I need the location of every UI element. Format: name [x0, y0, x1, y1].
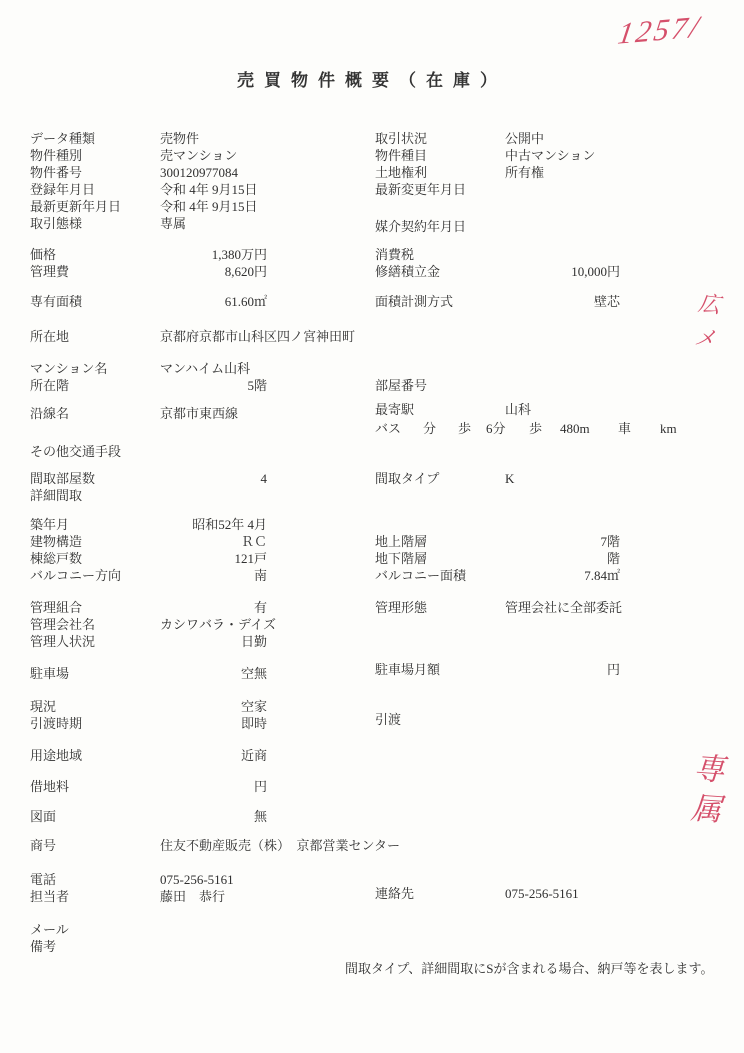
field-label: 商号 [30, 838, 160, 854]
field-label: 取引態様 [30, 216, 160, 232]
field-label: メール [30, 922, 160, 938]
field-label: 管理形態 [375, 600, 505, 616]
field-value: 京都市東西線 [160, 406, 238, 422]
field-label: 地下階層 [375, 551, 505, 567]
row-zoning: 用途地域近商 [30, 748, 267, 764]
walk2-value: 480m [560, 421, 590, 437]
field-value: 売物件 [160, 131, 199, 147]
field-value: カシワバラ・デイズ [160, 617, 276, 633]
row-balcony-area: バルコニー面積7.84㎡ [375, 568, 620, 584]
field-label: 物件番号 [30, 165, 160, 181]
field-value: 円 [160, 779, 267, 795]
field-label: 専有面積 [30, 294, 160, 310]
row-price: 価格1,380万円 [30, 247, 267, 263]
field-label: その他交通手段 [30, 444, 160, 460]
bus-label: バス [375, 421, 401, 437]
field-label: 電話 [30, 872, 160, 888]
field-value: 5階 [160, 378, 267, 394]
field-value: 日勤 [160, 634, 267, 650]
row-structure: 建物構造ＲＣ [30, 534, 267, 550]
field-value: 南 [160, 568, 267, 584]
field-label: 現況 [30, 699, 160, 715]
field-value: 管理会社に全部委託 [505, 600, 622, 616]
row-nearest-station: 最寄駅山科 [375, 402, 531, 418]
field-label: 取引状況 [375, 131, 505, 147]
field-value: 7階 [505, 534, 620, 550]
row-registration-date: 登録年月日令和 4年 9月15日 [30, 182, 258, 198]
field-label: 築年月 [30, 517, 160, 533]
field-label: 連絡先 [375, 886, 505, 902]
page-title: 売買物件概要（在庫） [0, 66, 744, 91]
document-page: 1257/ 売買物件概要（在庫） データ種類売物件 物件種別売マンション 物件番… [0, 0, 744, 1053]
row-floors-above: 地上階層7階 [375, 534, 620, 550]
field-value: ＲＣ [160, 534, 267, 550]
footer-note: 間取タイプ、詳細間取にSが含まれる場合、納戸等を表します。 [345, 958, 714, 977]
field-value: 階 [505, 551, 620, 567]
car-label: 車 [618, 421, 631, 437]
row-management-assoc: 管理組合有 [30, 600, 267, 616]
row-building-name: マンション名マンハイム山科 [30, 361, 250, 377]
row-balcony-direction: バルコニー方向南 [30, 568, 267, 584]
field-value: 専属 [160, 216, 186, 232]
handwritten-note-middle: 広メ [686, 290, 725, 361]
field-label: 管理会社名 [30, 617, 160, 633]
field-label: 駐車場月額 [375, 662, 505, 678]
row-room-number: 部屋番号 [375, 378, 505, 394]
row-phone: 電話075-256-5161 [30, 872, 234, 888]
field-value: 7.84㎡ [505, 568, 620, 584]
row-mediation-contract-date: 媒介契約年月日 [375, 219, 505, 235]
row-other-transport: その他交通手段 [30, 444, 160, 460]
field-value: 1,380万円 [160, 247, 267, 263]
field-label: 物件種別 [30, 148, 160, 164]
car-unit: km [660, 421, 677, 437]
field-label: バルコニー面積 [375, 568, 505, 584]
field-value: 円 [505, 662, 620, 678]
field-label: マンション名 [30, 361, 160, 377]
row-station-access: バス 分 歩 6分 歩 480m 車 km [0, 421, 744, 437]
field-label: 面積計測方式 [375, 294, 505, 310]
field-label: 図面 [30, 809, 160, 825]
field-value: 075-256-5161 [505, 886, 579, 902]
row-floors-below: 地下階層階 [375, 551, 620, 567]
field-value: 4 [160, 471, 267, 487]
field-value: 8,620円 [160, 264, 267, 280]
row-last-change-date: 最新変更年月日 [375, 182, 505, 198]
field-value: 075-256-5161 [160, 872, 234, 888]
field-value: 有 [160, 600, 267, 616]
field-label: 管理費 [30, 264, 160, 280]
row-land-rent: 借地料円 [30, 779, 267, 795]
row-company-name: 商号住友不動産販売（株） 京都営業センター [30, 838, 400, 854]
field-label: 間取タイプ [375, 471, 505, 487]
field-label: 詳細間取 [30, 488, 160, 504]
field-label: バルコニー方向 [30, 568, 160, 584]
field-label: 所在階 [30, 378, 160, 394]
row-data-type: データ種類売物件 [30, 131, 199, 147]
row-current-status: 現況空家 [30, 699, 267, 715]
field-label: データ種類 [30, 131, 160, 147]
field-value: 61.60㎡ [160, 294, 267, 310]
row-rail-line: 沿線名京都市東西線 [30, 406, 238, 422]
row-email: メール [30, 922, 160, 938]
field-value: 空家 [160, 699, 267, 715]
row-remarks: 備考 [30, 939, 160, 955]
field-label: 登録年月日 [30, 182, 160, 198]
field-value: 近商 [160, 748, 267, 764]
walk1-label: 歩 [458, 421, 471, 437]
row-manager-status: 管理人状況日勤 [30, 634, 267, 650]
field-label: 部屋番号 [375, 378, 505, 394]
field-value: 10,000円 [505, 264, 620, 280]
field-label: 引渡時期 [30, 716, 160, 732]
row-total-units: 棟総戸数121戸 [30, 551, 267, 567]
row-area-measurement: 面積計測方式壁芯 [375, 294, 620, 310]
field-label: 価格 [30, 247, 160, 263]
field-label: 担当者 [30, 889, 160, 905]
row-management-fee: 管理費8,620円 [30, 264, 267, 280]
field-value: K [505, 471, 514, 487]
field-label: 所在地 [30, 329, 160, 345]
row-consumption-tax: 消費税 [375, 247, 620, 263]
field-label: 土地権利 [375, 165, 505, 181]
row-land-rights: 土地権利所有権 [375, 165, 544, 181]
field-label: 地上階層 [375, 534, 505, 550]
row-handover: 引渡 [375, 712, 505, 728]
field-label: 用途地域 [30, 748, 160, 764]
row-repair-reserve: 修繕積立金10,000円 [375, 264, 620, 280]
field-value: 公開中 [505, 131, 544, 147]
field-label: 間取部屋数 [30, 471, 160, 487]
row-layout-detail: 詳細間取 [30, 488, 160, 504]
row-drawing: 図面無 [30, 809, 267, 825]
bus-minutes: 分 [423, 421, 436, 437]
field-label: 最寄駅 [375, 402, 505, 418]
row-parking: 駐車場空無 [30, 666, 267, 682]
field-value: 京都府京都市山科区四ノ宮神田町 [160, 329, 355, 345]
field-value: 中古マンション [505, 148, 595, 164]
field-label: 備考 [30, 939, 160, 955]
field-label: 管理組合 [30, 600, 160, 616]
field-label: 引渡 [375, 712, 505, 728]
field-label: 駐車場 [30, 666, 160, 682]
row-property-type: 物件種目中古マンション [375, 148, 595, 164]
row-property-category: 物件種別売マンション [30, 148, 237, 164]
field-value: 昭和52年 4月 [160, 517, 267, 533]
row-management-form: 管理形態管理会社に全部委託 [375, 600, 622, 616]
row-parking-monthly: 駐車場月額円 [375, 662, 620, 678]
row-location: 所在地京都府京都市山科区四ノ宮神田町 [30, 329, 355, 345]
row-built-date: 築年月昭和52年 4月 [30, 517, 267, 533]
field-label: 借地料 [30, 779, 160, 795]
field-value: 121戸 [160, 551, 267, 567]
handwritten-page-number: 1257/ [615, 10, 704, 52]
row-last-update-date: 最新更新年月日令和 4年 9月15日 [30, 199, 258, 215]
field-value: 令和 4年 9月15日 [160, 199, 258, 215]
field-label: 最新更新年月日 [30, 199, 160, 215]
row-layout-type: 間取タイプK [375, 471, 514, 487]
field-label: 最新変更年月日 [375, 182, 505, 198]
field-value: マンハイム山科 [160, 361, 250, 377]
field-label: 棟総戸数 [30, 551, 160, 567]
field-value: 即時 [160, 716, 267, 732]
field-label: 物件種目 [375, 148, 505, 164]
field-value: 藤田 恭行 [160, 889, 225, 905]
field-label: 消費税 [375, 247, 505, 263]
row-floor-located: 所在階5階 [30, 378, 267, 394]
field-label: 管理人状況 [30, 634, 160, 650]
field-value: 所有権 [505, 165, 544, 181]
field-value: 山科 [505, 402, 531, 418]
field-label: 沿線名 [30, 406, 160, 422]
field-label: 建物構造 [30, 534, 160, 550]
handwritten-note-bottom: 専属 [679, 751, 729, 834]
walk2-label: 歩 [529, 421, 542, 437]
row-property-number: 物件番号300120977084 [30, 165, 238, 181]
row-management-company: 管理会社名カシワバラ・デイズ [30, 617, 276, 633]
field-value: 売マンション [160, 148, 237, 164]
field-value: 壁芯 [505, 294, 620, 310]
row-exclusive-area: 専有面積61.60㎡ [30, 294, 267, 310]
row-transaction-type: 取引態様専属 [30, 216, 186, 232]
field-value: 住友不動産販売（株） 京都営業センター [160, 838, 400, 854]
field-value: 令和 4年 9月15日 [160, 182, 258, 198]
row-contact: 連絡先075-256-5161 [375, 886, 579, 902]
field-label: 修繕積立金 [375, 264, 505, 280]
row-room-count: 間取部屋数4 [30, 471, 267, 487]
field-value: 無 [160, 809, 267, 825]
field-value: 空無 [160, 666, 267, 682]
walk1-value: 6分 [486, 421, 506, 437]
row-handover-timing: 引渡時期即時 [30, 716, 267, 732]
field-value: 300120977084 [160, 165, 238, 181]
row-transaction-status: 取引状況公開中 [375, 131, 544, 147]
row-contact-person: 担当者藤田 恭行 [30, 889, 225, 905]
field-label: 媒介契約年月日 [375, 219, 505, 235]
